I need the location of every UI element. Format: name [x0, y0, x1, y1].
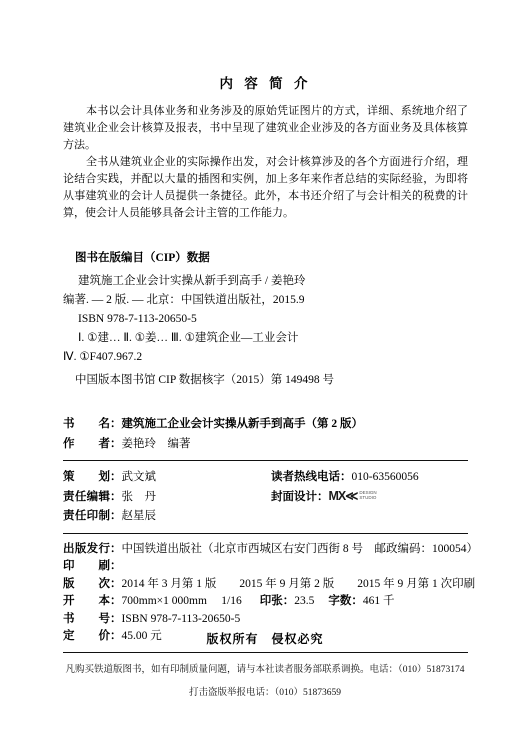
book-info: 书 名：建筑施工企业会计实操从新手到高手（第 2 版） 作 者：姜艳玲 编著 策…	[63, 415, 468, 653]
intro-paragraph-line: 方法。	[63, 137, 468, 154]
isbn-value: ISBN 978-7-113-20650-5	[122, 611, 241, 629]
format-value: 700mm×1 000mm 1/16	[122, 593, 242, 611]
cip-line: ISBN 978-7-113-20650-5	[63, 310, 468, 329]
publisher-value: 中国铁道出版社（北京市西城区右安门西街 8 号 邮政编码：100054）	[122, 541, 479, 559]
colon: ：	[351, 593, 363, 611]
hotline-pair: 读者热线电话：010-63560056	[271, 468, 419, 488]
publisher-label: 出版发行	[63, 541, 110, 559]
cover-design-label: 封面设计	[271, 488, 317, 508]
colon: ：	[110, 435, 122, 455]
book-name-label: 书 名	[63, 415, 110, 435]
planner-value: 武文斌	[122, 468, 157, 488]
colon: ：	[110, 541, 122, 559]
planner-label: 策 划	[63, 468, 110, 488]
intro-paragraph-line: 从事建筑业的会计人员提供一条捷径。此外，本书还介绍了与会计相关的税费的计	[63, 188, 468, 205]
printer-row: 印 刷：	[63, 558, 468, 576]
colon: ：	[340, 468, 352, 488]
book-name-row: 书 名：建筑施工企业会计实操从新手到高手（第 2 版）	[63, 415, 468, 435]
divider-line	[63, 533, 468, 534]
logo-text: MX≪	[329, 490, 358, 502]
intro-paragraphs: 本书以会计具体业务和业务涉及的原始凭证图片的方式，详细、系统地介绍了 建筑业企业…	[63, 103, 468, 222]
divider-line	[63, 460, 468, 461]
design-studio-logo: MX≪DESIGNSTUDIO	[329, 490, 377, 502]
cip-heading: 图书在版编目（CIP）数据	[63, 249, 468, 265]
edition-value: 2014 年 3 月第 1 版 2015 年 9 月第 2 版 2015 年 9…	[122, 576, 476, 594]
logo-subtext-bottom: STUDIO	[359, 495, 376, 500]
colon: ：	[110, 558, 122, 576]
edition-label: 版 次	[63, 576, 110, 594]
cip-line: Ⅰ. ①建… Ⅱ. ①姜… Ⅲ. ①建筑企业—工业会计	[63, 329, 468, 348]
print-editor-label: 责任印制	[63, 507, 110, 527]
isbn-label: 书 号	[63, 611, 110, 629]
format-label: 开 本	[63, 593, 110, 611]
hotline-value: 010-63560056	[352, 468, 419, 488]
copyright-page: 内 容 简 介 本书以会计具体业务和业务涉及的原始凭证图片的方式，详细、系统地介…	[0, 0, 530, 755]
planner-row: 策 划：武文斌 读者热线电话：010-63560056	[63, 468, 468, 488]
service-notice: 凡购买铁道版图书，如有印制质量问题，请与本社读者服务部联系调换。电话：（010）…	[0, 661, 530, 675]
words-value: 461 千	[363, 593, 395, 611]
piracy-report-notice: 打击盗版举报电话：（010）51873659	[0, 684, 530, 698]
editor-pair: 责任编辑：张 丹	[63, 488, 271, 508]
colon: ：	[110, 611, 122, 629]
format-row: 开 本：700mm×1 000mm 1/16印张：23.5字数：461 千	[63, 593, 468, 611]
sheets-value: 23.5	[294, 593, 314, 611]
colon: ：	[110, 488, 122, 508]
intro-paragraph-line: 算，使会计人员能够具备会计主管的工作能力。	[63, 205, 468, 222]
print-editor-row: 责任印制：赵星辰	[63, 507, 468, 527]
intro-title: 内 容 简 介	[63, 72, 468, 92]
author-label: 作 者	[63, 435, 110, 455]
colon: ：	[110, 507, 122, 527]
planner-pair: 策 划：武文斌	[63, 468, 271, 488]
intro-paragraph-line: 本书以会计具体业务和业务涉及的原始凭证图片的方式，详细、系统地介绍了	[63, 103, 468, 120]
book-name-value: 建筑施工企业会计实操从新手到高手（第 2 版）	[122, 415, 364, 435]
editor-value: 张 丹	[122, 488, 157, 508]
intro-paragraph-line: 全书从建筑业企业的实际操作出发，对会计核算涉及的各个方面进行介绍，理	[63, 154, 468, 171]
intro-paragraph-line: 论结合实践，并配以大量的插图和实例，加上多年来作者总结的实际经验，为即将	[63, 171, 468, 188]
copyright-notice: 版权所有 侵权必究	[0, 630, 530, 647]
cip-lines: 建筑施工企业会计实操从新手到高手 / 姜艳玲 编著. — 2 版. — 北京：中…	[63, 272, 468, 367]
cover-design-pair: 封面设计：MX≪DESIGNSTUDIO	[271, 488, 377, 508]
print-editor-value: 赵星辰	[122, 507, 157, 527]
colon: ：	[283, 593, 295, 611]
printer-label: 印 刷	[63, 558, 110, 576]
footer: 版权所有 侵权必究 凡购买铁道版图书，如有印制质量问题，请与本社读者服务部联系调…	[0, 630, 530, 698]
sheets-label: 印张	[260, 593, 283, 611]
page-content: 内 容 简 介 本书以会计具体业务和业务涉及的原始凭证图片的方式，详细、系统地介…	[63, 0, 468, 660]
cip-line: 编著. — 2 版. — 北京：中国铁道出版社，2015.9	[63, 291, 468, 310]
editor-label: 责任编辑	[63, 488, 110, 508]
author-value: 姜艳玲 编著	[122, 435, 191, 455]
colon: ：	[110, 576, 122, 594]
edition-row: 版 次：2014 年 3 月第 1 版 2015 年 9 月第 2 版 2015…	[63, 576, 468, 594]
intro-paragraph-line: 建筑业企业会计核算及报表，书中呈现了建筑业企业涉及的各方面业务及具体核算	[63, 120, 468, 137]
editor-row: 责任编辑：张 丹 封面设计：MX≪DESIGNSTUDIO	[63, 488, 468, 508]
cip-record-number: 中国版本图书馆 CIP 数据核字（2015）第 149498 号	[63, 371, 468, 390]
author-row: 作 者：姜艳玲 编著	[63, 435, 468, 455]
cip-line: Ⅳ. ①F407.967.2	[63, 348, 468, 367]
words-label: 字数	[328, 593, 351, 611]
colon: ：	[110, 468, 122, 488]
cip-line: 建筑施工企业会计实操从新手到高手 / 姜艳玲	[63, 272, 468, 291]
logo-subtext: DESIGNSTUDIO	[359, 490, 376, 500]
colon: ：	[110, 593, 122, 611]
isbn-row: 书 号：ISBN 978-7-113-20650-5	[63, 611, 468, 629]
colon: ：	[317, 488, 329, 508]
cip-block: 图书在版编目（CIP）数据 建筑施工企业会计实操从新手到高手 / 姜艳玲 编著.…	[63, 249, 468, 390]
publisher-row: 出版发行：中国铁道出版社（北京市西城区右安门西街 8 号 邮政编码：100054…	[63, 541, 468, 559]
hotline-label: 读者热线电话	[271, 468, 340, 488]
colon: ：	[110, 415, 122, 435]
